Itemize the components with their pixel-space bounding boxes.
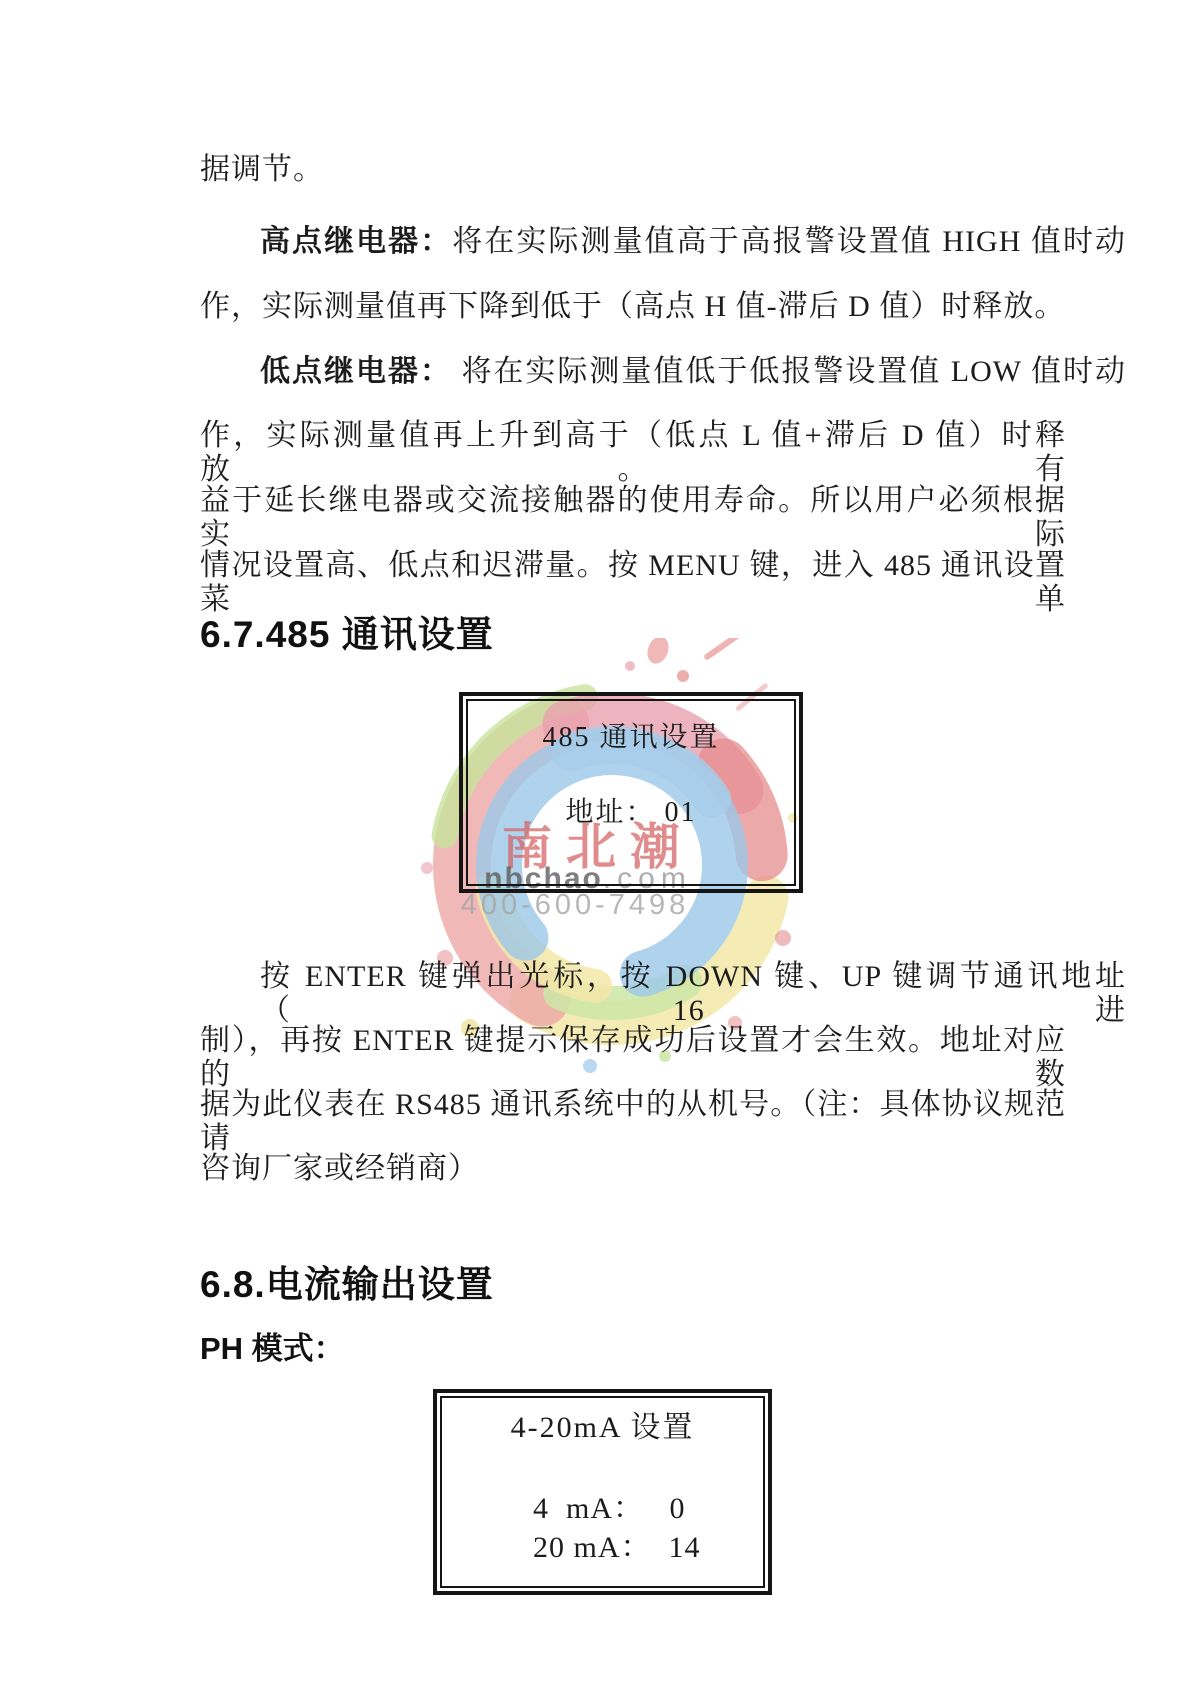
paragraph-high-relay-line1: 高点继电器：将在实际测量值高于高报警设置值 HIGH 值时动 — [200, 225, 1126, 259]
lcd-485-title: 485 通讯设置 — [463, 722, 799, 754]
paragraph-low-relay-line4: 情况设置高、低点和迟滞量。按 MENU 键，进入 485 通讯设置菜单 — [200, 549, 1066, 617]
high-relay-term: 高点继电器： — [260, 225, 452, 258]
ph-mode-label: PH 模式： — [200, 1331, 345, 1367]
section-heading-485-comm: 6.7.485 通讯设置 — [200, 614, 494, 656]
paragraph-low-relay-line2: 作，实际测量值再上升到高于（低点 L 值+滞后 D 值）时释放。有 — [200, 419, 1066, 487]
lcd-420-title: 4-20mA 设置 — [437, 1412, 768, 1444]
low-relay-term: 低点继电器： — [260, 355, 452, 388]
lcd-485-address-value: 地址： 01 — [463, 797, 799, 829]
paragraph-enter-line4: 咨询厂家或经销商） — [200, 1152, 1066, 1186]
lcd-420-row-20ma: 20 mA： 14 — [533, 1531, 701, 1564]
paragraph-enter-line2: 制），再按 ENTER 键提示保存成功后设置才会生效。地址对应的数 — [200, 1024, 1066, 1092]
lcd-screen-4-20ma: 4-20mA 设置 4 mA： 020 mA： 14 — [433, 1389, 772, 1595]
lcd-420-values: 4 mA： 020 mA： 14 — [533, 1489, 701, 1567]
paragraph-intro-line: 据调节。 — [200, 153, 1066, 187]
section-heading-current-output: 6.8.电流输出设置 — [200, 1264, 494, 1306]
lcd-420-row-4ma: 4 mA： 0 — [533, 1492, 686, 1525]
watermark-phone-text: 400-600-7498 — [455, 890, 695, 920]
lcd-screen-485-comm: 485 通讯设置 地址： 01 — [459, 692, 803, 893]
paragraph-low-relay-line3: 益于延长继电器或交流接触器的使用寿命。所以用户必须根据实际 — [200, 484, 1066, 552]
paragraph-enter-line1: 按 ENTER 键弹出光标，按 DOWN 键、UP 键调节通讯地址（16 进 — [200, 960, 1126, 1028]
paragraph-enter-line3: 据为此仪表在 RS485 通讯系统中的从机号。（注：具体协议规范请 — [200, 1088, 1066, 1156]
paragraph-high-relay-line2: 作，实际测量值再下降到低于（高点 H 值-滞后 D 值）时释放。 — [200, 290, 1066, 324]
document-page: 南北潮 nbchao.com 400-600-7498 据调节。 高点继电器：将… — [0, 0, 1200, 1697]
low-relay-line1-text: 将在实际测量值低于低报警设置值 LOW 值时动 — [452, 355, 1126, 388]
high-relay-line1-text: 将在实际测量值高于高报警设置值 HIGH 值时动 — [452, 225, 1126, 258]
paragraph-low-relay-line1: 低点继电器： 将在实际测量值低于低报警设置值 LOW 值时动 — [200, 355, 1126, 389]
